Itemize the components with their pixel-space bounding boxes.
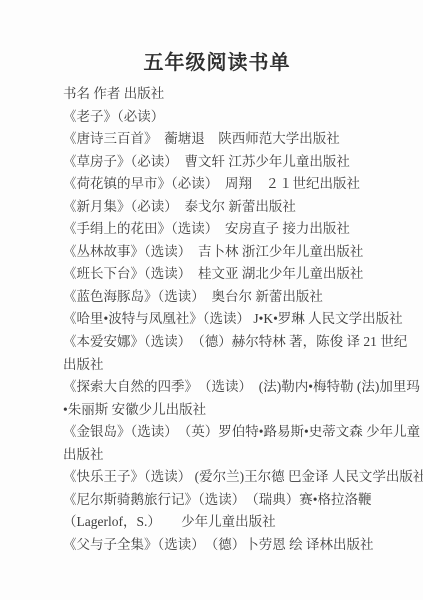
page-title: 五年级阅读书单 [63,50,371,76]
book-line: 《班长下台》（选读） 桂文亚 湖北少年儿童出版社 [63,263,371,286]
book-line: 出版社 [63,444,371,467]
book-line: 《新月集》（必读） 泰戈尔 新蕾出版社 [63,196,371,219]
columns-header: 书名 作者 出版社 [63,83,371,106]
book-line: 《唐诗三百首》 蘅塘退 陕西师范大学出版社 [63,128,371,151]
book-line: 《荷花镇的早市》（必读） 周翔 ２１世纪出版社 [63,173,371,196]
book-line: 《探索大自然的四季》 （选读） (法)勒内•梅特勒 (法)加里玛 [63,376,371,399]
book-line: 《草房子》（必读） 曹文轩 江苏少年儿童出版社 [63,151,371,174]
book-line: 出版社 [63,354,371,377]
book-line: 《快乐王子》（选读） (爱尔兰)王尔德 巴金译 人民文学出版社 [63,466,371,489]
document-page: 五年级阅读书单 书名 作者 出版社 《老子》（必读）《唐诗三百首》 蘅塘退 陕西… [0,0,423,600]
book-line: 《尼尔斯骑鹅旅行记》（选读） （瑞典）赛•格拉洛鞭 [63,489,371,512]
book-line: •朱丽斯 安徽少儿出版社 [63,399,371,422]
book-line: 《本爱安娜》（选读） （德）赫尔特林 著，陈俊 译 21 世纪 [63,331,371,354]
book-line: 《父与子全集》（选读） （德）卜劳恩 绘 译林出版社 [63,534,371,557]
book-line: 《哈里•波特与凤凰社》（选读） J•K•罗琳 人民文学出版社 [63,308,371,331]
book-line: 《手绢上的花田》（选读） 安房直子 接力出版社 [63,218,371,241]
book-line: 《蓝色海豚岛》（选读） 奥台尔 新蕾出版社 [63,286,371,309]
book-line: 《金银岛》（选读） （英）罗伯特•路易斯•史蒂文森 少年儿童 [63,421,371,444]
book-line: （Lagerlof，S.） 少年儿童出版社 [63,511,371,534]
book-line: 《丛林故事》（选读） 吉卜林 浙江少年儿童出版社 [63,241,371,264]
book-line: 《老子》（必读） [63,106,371,129]
book-list: 书名 作者 出版社 《老子》（必读）《唐诗三百首》 蘅塘退 陕西师范大学出版社《… [63,83,371,556]
